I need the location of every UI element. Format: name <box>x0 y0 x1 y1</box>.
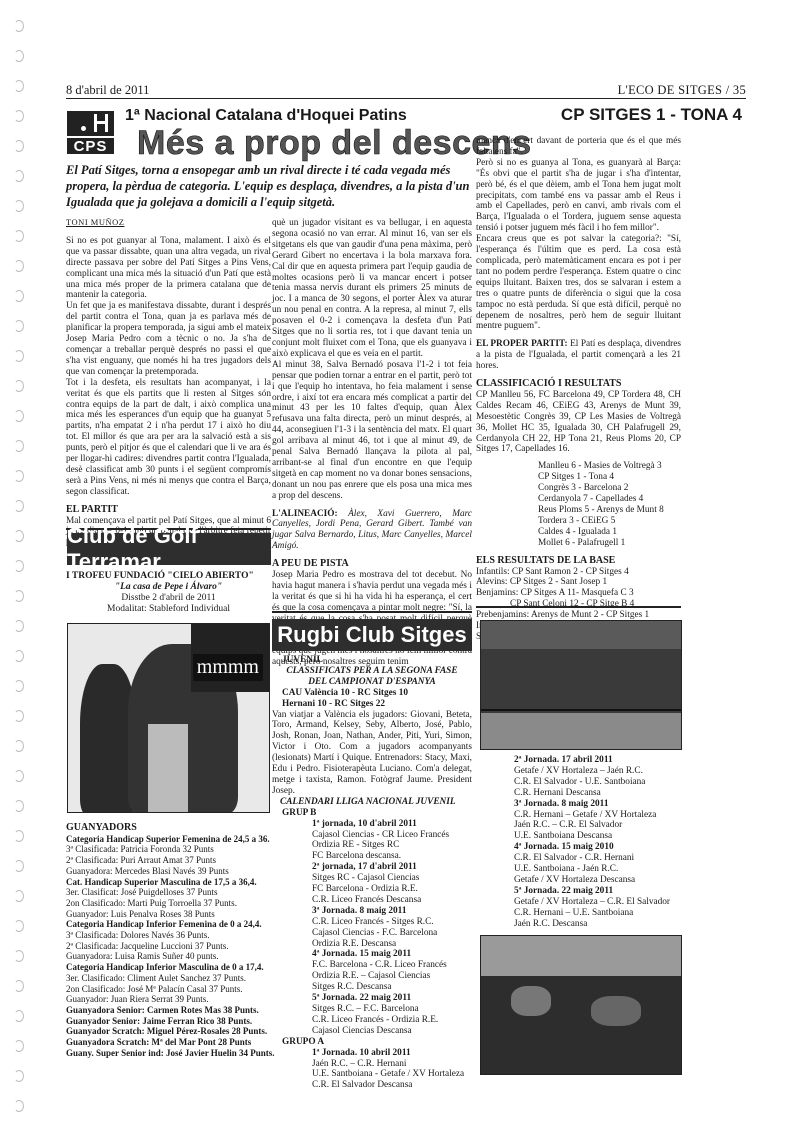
binder-hole-icon <box>14 680 24 692</box>
paragraph: Al minut 38, Salva Bernadó posava l'1-2 … <box>272 360 472 502</box>
fixture: Cajasol Ciencias - CR Liceo Francés <box>312 830 472 841</box>
winner-line: Guanyadora: Luisa Ramis Suñer 40 punts. <box>66 951 276 962</box>
fixture: F.C. Barcelona - C.R. Liceo Francés <box>312 960 472 971</box>
binder-hole-icon <box>14 260 24 272</box>
golf-award-photo: mmmm <box>67 623 270 813</box>
binder-hole-icon <box>14 470 24 482</box>
fixture: FC Barcelona descansa. <box>312 851 472 862</box>
subhead-peu-de-pista: A PEU DE PISTA <box>272 559 472 570</box>
binder-hole-icon <box>14 530 24 542</box>
rugby-banner: Rugbi Club Sitges <box>272 619 472 651</box>
golf-banner: Club de Golf Terramar <box>67 533 271 565</box>
fixture: C.R. Hernani – U.E. Santboiana <box>514 908 684 919</box>
base-result-item: CP Sant Celoni 12 - CP Sitge B 4 <box>476 599 681 610</box>
alineacio-label: L'ALINEACIÓ: <box>272 509 338 519</box>
binder-hole-icon <box>14 20 24 32</box>
binder-hole-icon <box>14 860 24 872</box>
binder-hole-icon <box>14 800 24 812</box>
golf-winners: GUANYADORS Categoria Handicap Superior F… <box>66 823 276 1058</box>
fixture: C.R. Liceo Francés - Ordizia R.E. <box>312 1015 472 1026</box>
result-item: Cerdanyola 7 - Capellades 4 <box>538 494 681 505</box>
binder-hole-icon <box>14 890 24 902</box>
binder-hole-icon <box>14 1070 24 1082</box>
winner-category: Cat. Handicap Superior Masculina de 17,5… <box>66 877 276 888</box>
byline: TONI MUÑOZ <box>66 217 271 228</box>
winner-line: 3ª Clasificada: Patricia Foronda 32 Punt… <box>66 844 276 855</box>
fixture: U.E. Santboiana - Jaén R.C. <box>514 864 684 875</box>
group-a-calendar-part1: 1ª Jornada. 10 abril 2011 Jaén R.C. – C.… <box>272 1048 472 1092</box>
fixture: Getafe / XV Hortaleza – C.R. El Salvador <box>514 897 684 908</box>
binder-hole-icon <box>14 620 24 632</box>
binder-hole-icon <box>14 1040 24 1052</box>
fixture: Sitges R.C. Descansa <box>312 982 472 993</box>
classified-line: CLASSIFICATS PER A LA SEGONA FASE <box>272 666 472 677</box>
rugby-result: Hernani 10 - RC Sitges 22 <box>272 699 472 710</box>
event-date: Disstbe 2 d'abril de 2011 <box>66 593 271 604</box>
binder-hole-icon <box>14 830 24 842</box>
round-title: 4ª Jornada. 15 maig 2011 <box>312 949 472 960</box>
result-item: Manlleu 6 - Masies de Voltregà 3 <box>538 461 681 472</box>
event-mode: Modalitat: Stableford Individual <box>66 604 271 615</box>
winner-line: 3ª Clasificada: Dolores Navés 36 Punts. <box>66 930 276 941</box>
results-list: Manlleu 6 - Masies de Voltregà 3 CP Sitg… <box>476 461 681 548</box>
binder-hole-icon <box>14 140 24 152</box>
fixture: Ordizia R.E. Descansa <box>312 939 472 950</box>
binder-hole-icon <box>14 200 24 212</box>
cps-logo: CPS <box>67 111 114 154</box>
paragraph: què un jugador visitant es va bellugar, … <box>272 218 472 360</box>
ball-icon <box>81 126 86 131</box>
winner-line: Guanyadora: Mercedes Blasi Navés 39 Punt… <box>66 866 276 877</box>
paragraph: Un fet que ja es manifestava dissabte, d… <box>66 301 271 377</box>
binder-hole-icon <box>14 50 24 62</box>
publication-page: L'ECO DE SITGES / 35 <box>618 83 746 98</box>
rugby-result: CAU València 10 - RC Sitges 10 <box>272 688 472 699</box>
binder-hole-icon <box>14 950 24 962</box>
group-a-heading: GRUPO A <box>272 1037 472 1048</box>
base-result-item: Alevins: CP Sitges 2 - Sant Josep 1 <box>476 577 681 588</box>
result-item: CP Sitges 1 - Tona 4 <box>538 472 681 483</box>
winner-line: Guanyador Senior: Jaime Ferran Rico 38 P… <box>66 1016 276 1027</box>
fixture: C.R. Hernani – Getafe / XV Hortaleza <box>514 810 684 821</box>
binder-hole-icon <box>14 920 24 932</box>
page-header: 8 d'abril de 2011 L'ECO DE SITGES / 35 <box>66 83 746 99</box>
base-result-item: Benjamins: CP Sitges A 11- Masquefa C 3 <box>476 588 681 599</box>
fixture: U.E. Santboiana - Getafe / XV Hortaleza <box>312 1069 472 1080</box>
binder-hole-icon <box>14 1100 24 1112</box>
paragraph: manca d'encert davant de porteria que és… <box>476 136 681 158</box>
winner-line: Guanyadora Scratch: Mª del Mar Pont 28 P… <box>66 1037 276 1048</box>
fixture: Sitges RC - Cajasol Ciencias <box>312 873 472 884</box>
binder-hole-icon <box>14 650 24 662</box>
article-column-2: què un jugador visitant es va bellugar, … <box>272 218 472 668</box>
round-title: 5ª Jornada. 22 maig 2011 <box>312 993 472 1004</box>
fixture: Jaén R.C. Descansa <box>514 919 684 930</box>
rugby-team-photo <box>480 620 682 750</box>
subhead-classificacio: CLASSIFICACIÓ I RESULTATS <box>476 379 681 390</box>
binder-hole-icon <box>14 710 24 722</box>
winner-line: 3er. Clasificat: José Puigdelloses 37 Pu… <box>66 887 276 898</box>
fixture: Jaén R.C. – C.R. Hernani <box>312 1059 472 1070</box>
fixture: C.R. Liceo Francés - Sitges R.C. <box>312 917 472 928</box>
fixture: C.R. El Salvador - U.E. Santboiana <box>514 777 684 788</box>
result-item: Reus Ploms 5 - Arenys de Munt 8 <box>538 505 681 516</box>
result-item: Tordera 3 - CEiEG 5 <box>538 516 681 527</box>
round-title: 2ª jornada, 17 d'abril 2011 <box>312 862 472 873</box>
issue-date: 8 d'abril de 2011 <box>66 83 149 98</box>
round-title: 2ª Jornada. 17 abril 2011 <box>514 755 684 766</box>
binder-hole-icon <box>14 1010 24 1022</box>
paragraph: Però si no es guanya al Tona, es guanyar… <box>476 158 681 234</box>
group-b-heading: GRUP B <box>272 808 472 819</box>
winner-line: 2on Clasificado: Marti Puig Torroella 37… <box>66 898 276 909</box>
winner-line: Guany. Super Senior ind: José Javier Hue… <box>66 1048 276 1059</box>
round-title: 3ª Jornada. 8 maig 2011 <box>514 799 684 810</box>
binder-hole-icon <box>14 230 24 242</box>
headline: Més a prop del descens <box>137 124 532 163</box>
golf-event-info: I TROFEU FUNDACIÓ "CIELO ABIERTO" "La ca… <box>66 571 271 615</box>
result-item: Mollet 6 - Palafrugell 1 <box>538 538 681 549</box>
score-title: CP SITGES 1 - TONA 4 <box>561 105 742 125</box>
winner-line: 3er. Clasificado: Climent Aulet Sanchez … <box>66 973 276 984</box>
fixture: C.R. El Salvador - C.R. Hernani <box>514 853 684 864</box>
winner-category: Categoria Handicap Inferior Masculina de… <box>66 962 276 973</box>
section-kicker: 1ª Nacional Catalana d'Hoquei Patins <box>125 107 407 125</box>
round-title: 5ª Jornada. 22 maig 2011 <box>514 886 684 897</box>
trophy-title: I TROFEU FUNDACIÓ "CIELO ABIERTO" <box>66 571 271 582</box>
fixture: Sitges R.C. – F.C. Barcelona <box>312 1004 472 1015</box>
proper-partit-label: EL PROPER PARTIT: <box>476 339 568 349</box>
binder-hole-icon <box>14 380 24 392</box>
sponsor-sign: mmmm <box>193 654 263 681</box>
round-title: 3ª Jornada. 8 maig 2011 <box>312 906 472 917</box>
base-result-item: Infantils: CP Sant Ramon 2 - CP Sitges 4 <box>476 567 681 578</box>
binder-hole-icon <box>14 170 24 182</box>
rugby-travel-text: Van viatjar a València els jugadors: Gio… <box>272 710 472 797</box>
binder-hole-icon <box>14 350 24 362</box>
winner-line: 2ª Clasificada: Puri Arraut Amat 37 Punt… <box>66 855 276 866</box>
divider <box>272 611 472 613</box>
result-item: Congrès 3 - Barcelona 2 <box>538 483 681 494</box>
binder-hole-icon <box>14 80 24 92</box>
fixture: U.E. Santboiana Descansa <box>514 831 684 842</box>
binder-hole-icon <box>14 440 24 452</box>
round-title: 4ª Jornada. 15 maig 2010 <box>514 842 684 853</box>
binder-hole-icon <box>14 980 24 992</box>
rugby-category: JUVENIL <box>272 655 472 666</box>
winner-line: Guanyador: Juan Riera Serrat 39 Punts. <box>66 994 276 1005</box>
binder-hole-icon <box>14 500 24 512</box>
calendar-title: CALENDARI LLIGA NACIONAL JUVENIL <box>272 797 472 808</box>
binder-hole-icon <box>14 770 24 782</box>
binder-hole-icon <box>14 590 24 602</box>
fixture: Jaén R.C. – C.R. El Salvador <box>514 820 684 831</box>
fixture: Ordizia RE - Sitges RC <box>312 840 472 851</box>
group-a-calendar-part2: 2ª Jornada. 17 abril 2011 Getafe / XV Ho… <box>514 755 684 930</box>
rugby-section: JUVENIL CLASSIFICATS PER A LA SEGONA FAS… <box>272 655 472 1091</box>
round-title: 1ª Jornada. 10 abril 2011 <box>312 1048 472 1059</box>
binder-hole-icon <box>14 740 24 752</box>
binder-holes <box>14 10 34 1120</box>
paragraph: Tot i la desfeta, els resultats han acom… <box>66 378 271 498</box>
fixture: Getafe / XV Hortaleza – Jaén R.C. <box>514 766 684 777</box>
rugby-scrum-photo <box>480 935 682 1075</box>
winner-line: 2ª Clasificada: Jacqueline Luccioni 37 P… <box>66 941 276 952</box>
fixture: Cajasol Ciencias - F.C. Barcelona <box>312 928 472 939</box>
winners-heading: GUANYADORS <box>66 823 276 834</box>
group-b-calendar: 1ª jornada, 10 d'abril 2011 Cajasol Cien… <box>272 819 472 1037</box>
fixture: FC Barcelona - Ordizia R.E. <box>312 884 472 895</box>
standings-text: CP Manlleu 56, FC Barcelona 49, CP Torde… <box>476 390 681 455</box>
article-column-3: manca d'encert davant de porteria que és… <box>476 136 681 643</box>
classified-line: DEL CAMPIONAT D'ESPANYA <box>272 677 472 688</box>
fixture: Cajasol Ciencias Descansa <box>312 1026 472 1037</box>
article-column-1: TONI MUÑOZ Si no es pot guanyar al Tona,… <box>66 217 271 548</box>
paragraph: Encara creus que es pot salvar la catego… <box>476 234 681 332</box>
round-title: 1ª jornada, 10 d'abril 2011 <box>312 819 472 830</box>
binder-hole-icon <box>14 320 24 332</box>
binder-hole-icon <box>14 410 24 422</box>
trophy-subtitle: "La casa de Pepe i Álvaro" <box>66 582 271 593</box>
fixture: C.R. Hernani Descansa <box>514 788 684 799</box>
result-item: Caldes 4 - Igualada 1 <box>538 527 681 538</box>
winner-line: Guanyador Scratch: Miguel Pérez-Rosales … <box>66 1026 276 1037</box>
winner-category: Categoria Handicap Superior Femenina de … <box>66 834 276 845</box>
fixture: C.R. Liceo Francés Descansa <box>312 895 472 906</box>
fixture: C.R. El Salvador Descansa <box>312 1080 472 1091</box>
subhead-el-partit: EL PARTIT <box>66 505 271 516</box>
subhead-base: ELS RESULTATS DE LA BASE <box>476 556 681 567</box>
winner-line: 2on Clasificado: José Mª Palacín Casal 3… <box>66 984 276 995</box>
lede: El Patí Sitges, torna a ensopegar amb un… <box>66 162 470 210</box>
winner-line: Guanyadora Senior: Carmen Rotes Mas 38 P… <box>66 1005 276 1016</box>
winner-category: Categoria Handicap Inferior Femenina de … <box>66 919 276 930</box>
binder-hole-icon <box>14 290 24 302</box>
fixture: Getafe / XV Hortaleza Descansa <box>514 875 684 886</box>
h-mark-icon <box>94 114 108 132</box>
binder-hole-icon <box>14 110 24 122</box>
winner-line: Guanyador: Luis Penalva Roses 38 Punts <box>66 909 276 920</box>
paragraph: Si no es pot guanyar al Tona, malament. … <box>66 236 271 301</box>
binder-hole-icon <box>14 560 24 572</box>
divider <box>476 606 681 608</box>
fixture: Ordizia R.E. – Cajasol Ciencias <box>312 971 472 982</box>
